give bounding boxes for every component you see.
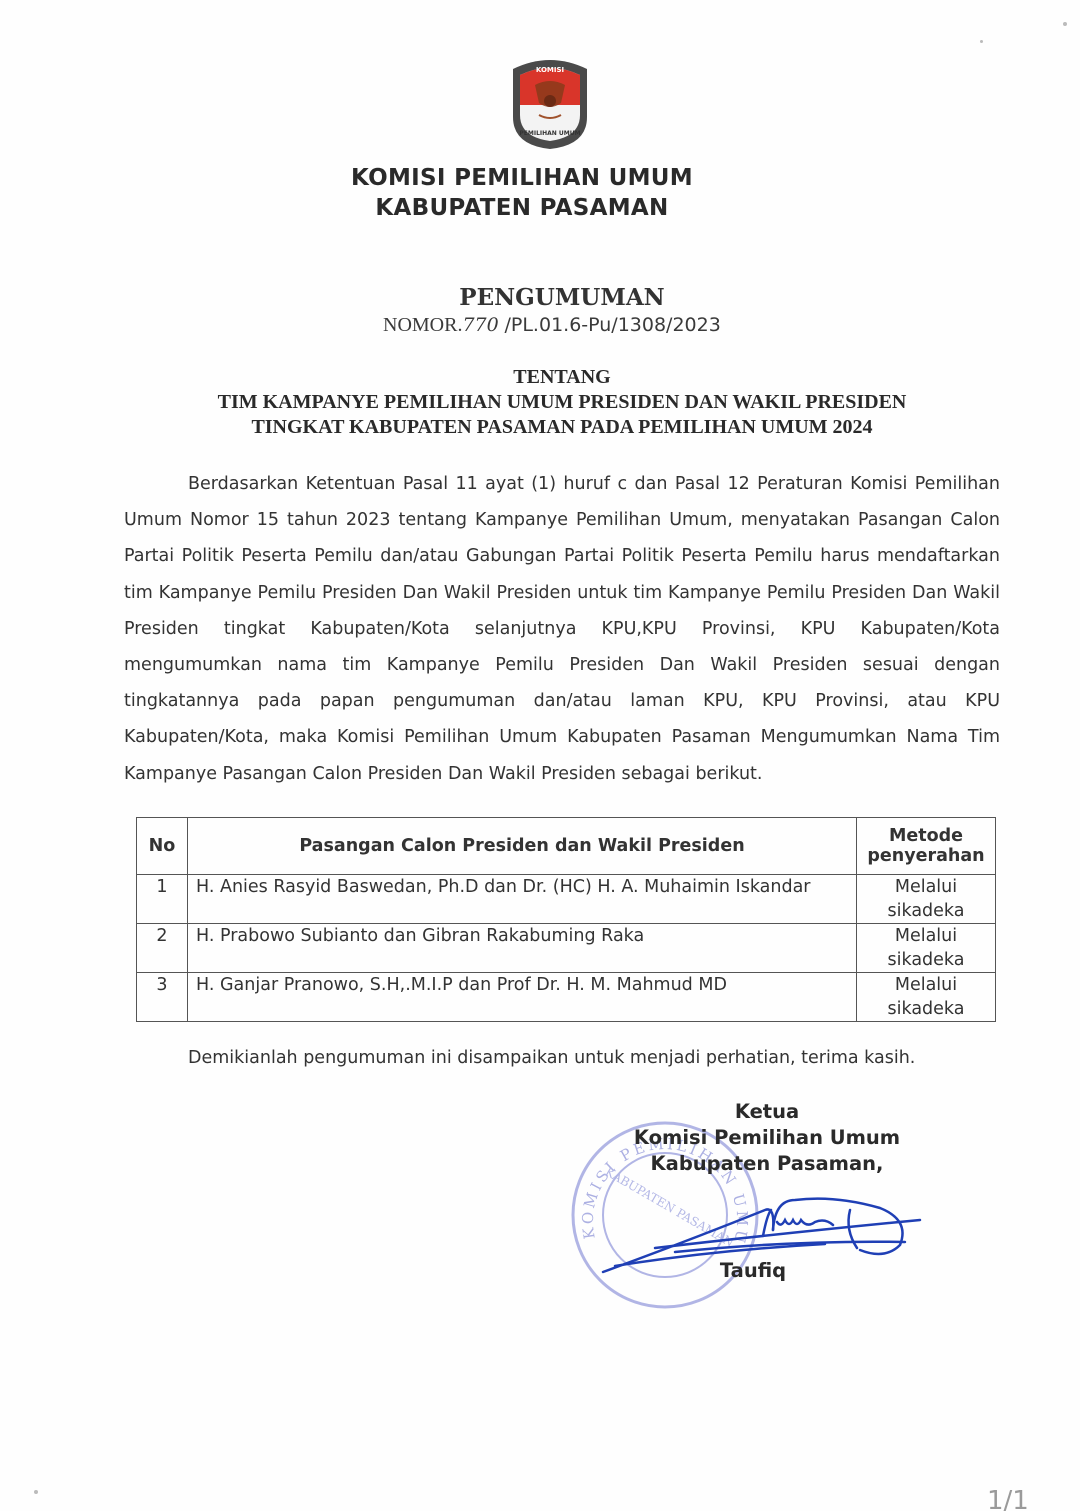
org-name-line2: KABUPATEN PASAMAN bbox=[0, 195, 1062, 221]
subject-line2: TINGKAT KABUPATEN PASAMAN PADA PEMILIHAN… bbox=[0, 416, 1080, 439]
signatory-org-line1: Komisi Pemilihan Umum bbox=[572, 1126, 962, 1149]
candidates-table: No Pasangan Calon Presiden dan Wakil Pre… bbox=[136, 817, 996, 1022]
nomor-handwritten: 770 bbox=[462, 314, 498, 336]
header-method: Metode penyerahan bbox=[857, 818, 996, 875]
scan-speck bbox=[1063, 22, 1067, 26]
row-pair: H. Ganjar Pranowo, S.H,.M.I.P dan Prof D… bbox=[188, 973, 857, 1022]
handwritten-signature-icon bbox=[595, 1170, 930, 1280]
row-method: Melalui sikadeka bbox=[857, 875, 996, 924]
table-header-row: No Pasangan Calon Presiden dan Wakil Pre… bbox=[137, 818, 996, 875]
svg-text:KOMISI: KOMISI bbox=[536, 66, 564, 74]
signatory-position: Ketua bbox=[572, 1100, 962, 1123]
body-paragraph: Berdasarkan Ketentuan Pasal 11 ayat (1) … bbox=[124, 466, 1000, 792]
tentang-heading: TENTANG bbox=[0, 366, 1080, 389]
scan-speck bbox=[34, 1490, 38, 1494]
svg-text:PEMILIHAN UMUM: PEMILIHAN UMUM bbox=[519, 130, 580, 137]
page-indicator: 1/1 bbox=[987, 1486, 1029, 1511]
nomor-label: NOMOR. bbox=[383, 314, 462, 336]
org-name-line1: KOMISI PEMILIHAN UMUM bbox=[0, 165, 1062, 191]
row-pair: H. Prabowo Subianto dan Gibran Rakabumin… bbox=[188, 924, 857, 973]
kpu-logo-icon: KOMISI PEMILIHAN UMUM bbox=[503, 55, 597, 151]
scan-speck bbox=[980, 40, 983, 43]
table-row: 1 H. Anies Rasyid Baswedan, Ph.D dan Dr.… bbox=[137, 875, 996, 924]
table-row: 3 H. Ganjar Pranowo, S.H,.M.I.P dan Prof… bbox=[137, 973, 996, 1022]
announcement-title: PENGUMUMAN bbox=[0, 284, 1080, 311]
document-page: KOMISI PEMILIHAN UMUM KOMISI PEMILIHAN U… bbox=[0, 0, 1080, 1511]
row-method: Melalui sikadeka bbox=[857, 924, 996, 973]
nomor-code: /PL.01.6-Pu/1308/2023 bbox=[498, 314, 720, 336]
row-pair: H. Anies Rasyid Baswedan, Ph.D dan Dr. (… bbox=[188, 875, 857, 924]
body-paragraph-text: Berdasarkan Ketentuan Pasal 11 ayat (1) … bbox=[124, 474, 1000, 784]
header-pair: Pasangan Calon Presiden dan Wakil Presid… bbox=[188, 818, 857, 875]
subject-line1: TIM KAMPANYE PEMILIHAN UMUM PRESIDEN DAN… bbox=[0, 391, 1080, 414]
row-no: 2 bbox=[137, 924, 188, 973]
header-no: No bbox=[137, 818, 188, 875]
row-no: 3 bbox=[137, 973, 188, 1022]
document-number: NOMOR.770 /PL.01.6-Pu/1308/2023 bbox=[383, 314, 721, 337]
table-row: 2 H. Prabowo Subianto dan Gibran Rakabum… bbox=[137, 924, 996, 973]
row-no: 1 bbox=[137, 875, 188, 924]
row-method: Melalui sikadeka bbox=[857, 973, 996, 1022]
closing-text: Demikianlah pengumuman ini disampaikan u… bbox=[188, 1048, 915, 1068]
